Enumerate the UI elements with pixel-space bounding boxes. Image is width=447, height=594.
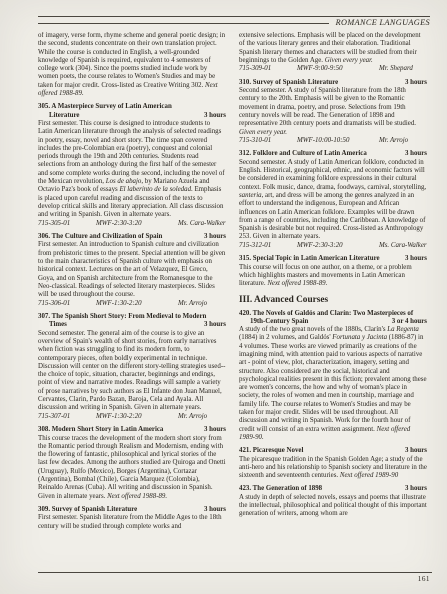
course-listing: 715-310-01 MWF-10:00-10:50 Mr. Arrojo: [239, 137, 427, 146]
course-title-line1: 305. A Masterpiece Survey of Latin Ameri…: [38, 103, 226, 111]
course-hours: 3 hours: [198, 233, 226, 241]
course-code: 715-310-01: [239, 137, 297, 146]
course-instructor: Mr. Shepard: [379, 65, 413, 74]
left-column: of imagery, verse form, rhyme scheme and…: [38, 32, 226, 560]
course-title-row: 310. Survey of Spanish Literature 3 hour…: [239, 79, 427, 87]
course-title-line2: 315. Special Topic in Latin American Lit…: [239, 255, 380, 263]
course-description: First semester. Spanish literature from …: [38, 514, 226, 531]
course-hours: 3 hours: [399, 485, 427, 493]
course-title: 305. A Masterpiece Survey of Latin Ameri…: [38, 103, 226, 120]
course-meeting-time: MWF-10:00-10:50: [297, 137, 379, 146]
course-instructor: Mr. Arrojo: [379, 137, 408, 146]
course-meeting-time: MWF-2:30-3:20: [96, 220, 178, 229]
course-title-line2: 308. Modern Short Story in Latin America: [38, 426, 163, 434]
course-hours: 3 hours: [198, 112, 226, 120]
course-title: 307. The Spanish Short Story: From Medie…: [38, 313, 226, 330]
course-title-line2: 423. The Generation of 1898: [239, 485, 322, 493]
two-column-text: of imagery, verse form, rhyme scheme and…: [38, 32, 430, 560]
course-meeting-time: MWF-9:00-9:50: [297, 65, 379, 74]
course-description: This course will focus on one author, on…: [239, 264, 427, 289]
course-description: First semester. This course is designed …: [38, 120, 226, 220]
course-meeting-time: MWF-1:30-2:20: [96, 413, 178, 422]
course-code: 715-312-01: [239, 242, 297, 251]
course-description: extensive selections. Emphasis will be p…: [239, 32, 427, 65]
course-hours: 3 hours: [198, 426, 226, 434]
course-meeting-time: MWF-2:30-3:20: [297, 242, 379, 251]
course-title-row: 312. Folklore and Culture of Latin Ameri…: [239, 150, 427, 158]
course-title-line2: 421. Picaresque Novel: [239, 447, 303, 455]
course-310: 310. Survey of Spanish Literature 3 hour…: [239, 79, 427, 146]
course-title-line1: 307. The Spanish Short Story: From Medie…: [38, 313, 226, 321]
course-description: Second semester. A study of Spanish lite…: [239, 87, 427, 137]
course-description: A study in depth of selected novels, ess…: [239, 494, 427, 519]
course-421: 421. Picaresque Novel 3 hours The picare…: [239, 447, 427, 480]
footer-rule: [38, 572, 432, 573]
course-hours: 3 hours: [399, 79, 427, 87]
course-listing: 715-306-01 MWF-1:30-2:20 Mr. Arrojo: [38, 300, 226, 309]
course-306: 306. The Culture and Civilization of Spa…: [38, 233, 226, 308]
course-description: This course traces the development of th…: [38, 435, 226, 501]
course-title: 423. The Generation of 1898 3 hours: [239, 485, 427, 493]
course-title-row: 306. The Culture and Civilization of Spa…: [38, 233, 226, 241]
course-305: 305. A Masterpiece Survey of Latin Ameri…: [38, 103, 226, 228]
course-listing: 715-312-01 MWF-2:30-3:20 Ms. Cara-Walker: [239, 242, 427, 251]
course-title-line2: Times: [38, 321, 67, 329]
course-title-row: 423. The Generation of 1898 3 hours: [239, 485, 427, 493]
course-312: 312. Folklore and Culture of Latin Ameri…: [239, 150, 427, 250]
course-308: 308. Modern Short Story in Latin America…: [38, 426, 226, 501]
course-title-row: Times 3 hours: [38, 321, 226, 329]
course-title-row: 19th-Century Spain 3 or 4 hours: [239, 318, 427, 326]
page-number: 161: [418, 575, 430, 583]
course-title-line2: 310. Survey of Spanish Literature: [239, 79, 338, 87]
section-advanced-courses: III. Advanced Courses: [239, 295, 427, 306]
course-description: of imagery, verse form, rhyme scheme and…: [38, 32, 226, 98]
header-rule: [38, 23, 329, 24]
course-309: 309. Survey of Spanish Literature 3 hour…: [38, 506, 226, 531]
course-description: A study of the two great novels of the 1…: [239, 326, 427, 442]
course-code: 715-309-01: [239, 65, 297, 74]
course-description: First semester. An introduction to Spani…: [38, 241, 226, 299]
course-307: 307. The Spanish Short Story: From Medie…: [38, 313, 226, 421]
continuation-top-left: of imagery, verse form, rhyme scheme and…: [38, 32, 226, 98]
course-code: 715-307-01: [38, 413, 96, 422]
course-title-row: 309. Survey of Spanish Literature 3 hour…: [38, 506, 226, 514]
course-description: Second semester. A study of Latin Americ…: [239, 159, 427, 242]
course-instructor: Ms. Cara-Walker: [379, 242, 427, 251]
course-title-line2: 306. The Culture and Civilization of Spa…: [38, 233, 162, 241]
course-instructor: Mr. Arrojo: [178, 300, 207, 309]
continuation-top-right: extensive selections. Emphasis will be p…: [239, 32, 427, 74]
course-315: 315. Special Topic in Latin American Lit…: [239, 255, 427, 288]
page-title: ROMANCE LANGUAGES: [336, 18, 430, 27]
course-instructor: Mr. Arrojo: [178, 413, 207, 422]
course-title: 315. Special Topic in Latin American Lit…: [239, 255, 427, 263]
course-423: 423. The Generation of 1898 3 hours A st…: [239, 485, 427, 518]
right-column: extensive selections. Emphasis will be p…: [239, 32, 427, 560]
course-description: The picaresque tradition in the Spanish …: [239, 456, 427, 481]
course-hours: 3 hours: [399, 447, 427, 455]
course-title: 312. Folklore and Culture of Latin Ameri…: [239, 150, 427, 158]
course-meeting-time: MWF-1:30-2:20: [96, 300, 178, 309]
course-title: 309. Survey of Spanish Literature 3 hour…: [38, 506, 226, 514]
course-title-row: 308. Modern Short Story in Latin America…: [38, 426, 226, 434]
course-hours: 3 hours: [399, 255, 427, 263]
catalog-page: ROMANCE LANGUAGES of imagery, verse form…: [0, 0, 447, 594]
course-title: 308. Modern Short Story in Latin America…: [38, 426, 226, 434]
course-title: 421. Picaresque Novel 3 hours: [239, 447, 427, 455]
course-title-line2: 19th-Century Spain: [239, 318, 308, 326]
course-hours: 3 hours: [399, 150, 427, 158]
course-title-line2: 309. Survey of Spanish Literature: [38, 506, 137, 514]
course-title-line2: 312. Folklore and Culture of Latin Ameri…: [239, 150, 367, 158]
running-head-row: ROMANCE LANGUAGES: [38, 18, 430, 27]
course-listing: 715-307-01 MWF-1:30-2:20 Mr. Arrojo: [38, 413, 226, 422]
course-listing: 715-305-01 MWF-2:30-3:20 Ms. Cara-Walker: [38, 220, 226, 229]
course-hours: 3 hours: [198, 506, 226, 514]
course-title: 420. The Novels of Galdós and Clarín: Tw…: [239, 310, 427, 327]
course-title: 306. The Culture and Civilization of Spa…: [38, 233, 226, 241]
course-title-row: 315. Special Topic in Latin American Lit…: [239, 255, 427, 263]
course-code: 715-305-01: [38, 220, 96, 229]
course-title: 310. Survey of Spanish Literature 3 hour…: [239, 79, 427, 87]
course-code: 715-306-01: [38, 300, 96, 309]
running-head: ROMANCE LANGUAGES: [38, 16, 430, 27]
course-title-row: 421. Picaresque Novel 3 hours: [239, 447, 427, 455]
course-title-line2: Literature: [38, 112, 80, 120]
course-hours: 3 or 4 hours: [386, 318, 427, 326]
course-title-row: Literature 3 hours: [38, 112, 226, 120]
course-instructor: Ms. Cara-Walker: [178, 220, 226, 229]
course-description: Second semester. The general aim of the …: [38, 330, 226, 413]
course-hours: 3 hours: [198, 321, 226, 329]
course-listing: 715-309-01 MWF-9:00-9:50 Mr. Shepard: [239, 65, 427, 74]
course-title-line1: 420. The Novels of Galdós and Clarín: Tw…: [239, 310, 427, 318]
course-420: 420. The Novels of Galdós and Clarín: Tw…: [239, 310, 427, 443]
